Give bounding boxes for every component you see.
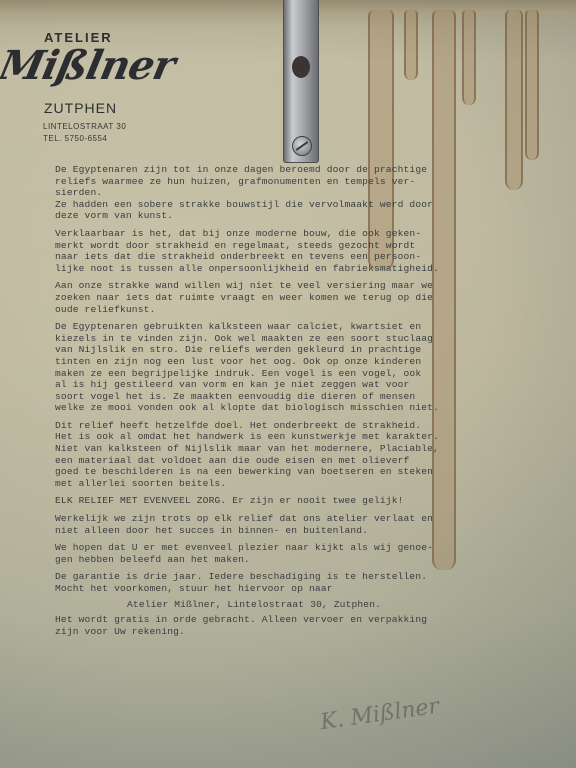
paragraph-egyptian-reliefs: De Egyptenaren zijn tot in onze dagen be… — [55, 164, 555, 222]
typed-letter-body: De Egyptenaren zijn tot in onze dagen be… — [55, 164, 555, 643]
water-stain — [462, 10, 476, 105]
paragraph-care-statement: ELK RELIEF MET EVENVEEL ZORG. Er zijn er… — [55, 495, 555, 507]
screw-icon — [292, 136, 312, 156]
bracket-hole — [292, 56, 310, 78]
handwritten-signature: K. Mißlner — [319, 694, 441, 735]
letterhead-brand-logo: Mißlner — [0, 42, 179, 89]
water-stain — [525, 10, 539, 160]
paragraph-modern-building: Verklaarbaar is het, dat bij onze modern… — [55, 228, 555, 274]
paragraph-wall-decoration: Aan onze strakke wand willen wij niet te… — [55, 280, 555, 315]
letterhead-city: ZUTPHEN — [44, 100, 117, 116]
metal-hanging-bracket — [283, 0, 319, 163]
water-stain — [404, 10, 418, 80]
paragraph-materials: De Egyptenaren gebruikten kalksteen waar… — [55, 321, 555, 414]
water-stain — [505, 10, 523, 190]
letterhead-telephone: TEL. 5750-6554 — [43, 134, 107, 143]
document-paper: ATELIER Mißlner ZUTPHEN LINTELOSTRAAT 30… — [0, 0, 576, 768]
paragraph-this-relief: Dit relief heeft hetzelfde doel. Het ond… — [55, 420, 555, 490]
paragraph-repair-costs: Het wordt gratis in orde gebracht. Allee… — [55, 614, 555, 637]
letterhead-street: LINTELOSTRAAT 30 — [43, 122, 126, 131]
paragraph-pride: Werkelijk we zijn trots op elk relief da… — [55, 513, 555, 536]
paragraph-hope: We hopen dat U er met evenveel plezier n… — [55, 542, 555, 565]
return-address: Atelier Mißlner, Lintelostraat 30, Zutph… — [55, 599, 555, 611]
paragraph-guarantee: De garantie is drie jaar. Iedere beschad… — [55, 571, 555, 594]
